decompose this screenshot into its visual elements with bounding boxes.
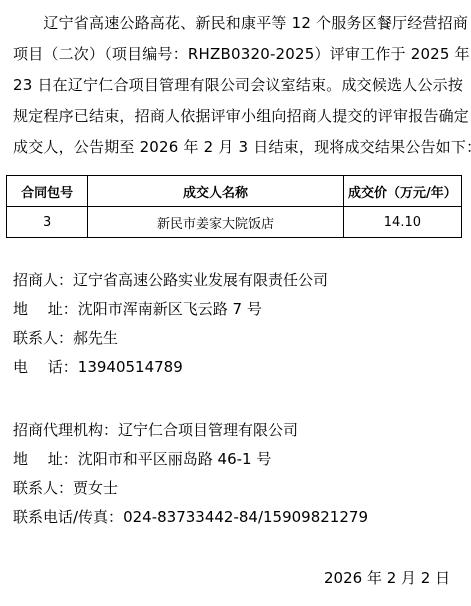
agency-address: 沈阳市和平区丽岛路 46-1 号 xyxy=(78,450,272,468)
agency-phone-row: 联系电话/传真：024-83733442-84/15909821279 xyxy=(13,503,368,532)
header-price: 成交价（万元/年） xyxy=(343,176,461,207)
tenderer-phone-row: 电 话：13940514789 xyxy=(13,353,328,382)
tenderer-contact-row: 联系人：郝先生 xyxy=(13,324,328,353)
tenderer-address-label: 地 址： xyxy=(13,300,78,318)
intro-line-2: 项目（二次）（项目编号：RHZB0320-2025）评审工作于 2025 年 1… xyxy=(13,39,463,70)
announcement-date: 2026 年 2 月 2 日 xyxy=(324,566,450,590)
agency-info: 招商代理机构：辽宁仁合项目管理有限公司 地 址：沈阳市和平区丽岛路 46-1 号… xyxy=(13,416,368,532)
table-header-row: 合同包号 成交人名称 成交价（万元/年） xyxy=(7,176,462,207)
cell-price: 14.10 xyxy=(343,207,461,238)
tenderer-name-row: 招商人：辽宁省高速公路实业发展有限责任公司 xyxy=(13,266,328,295)
agency-contact-label: 联系人： xyxy=(13,479,73,497)
agency-name: 辽宁仁合项目管理有限公司 xyxy=(118,421,298,439)
cell-winner-name: 新民市姜家大院饭店 xyxy=(88,207,344,238)
intro-line-1: 辽宁省高速公路高花、新民和康平等 12 个服务区餐厅经营招商 xyxy=(13,8,463,39)
agency-address-label: 地 址： xyxy=(13,450,78,468)
tenderer-contact-label: 联系人： xyxy=(13,329,73,347)
tenderer-address-row: 地 址：沈阳市浑南新区飞云路 7 号 xyxy=(13,295,328,324)
intro-line-3: 23 日在辽宁仁合项目管理有限公司会议室结束。成交候选人公示按 xyxy=(13,70,463,101)
tenderer-address: 沈阳市浑南新区飞云路 7 号 xyxy=(78,300,262,318)
table-row: 3 新民市姜家大院饭店 14.10 xyxy=(7,207,462,238)
tenderer-contact: 郝先生 xyxy=(73,329,118,347)
agency-contact-row: 联系人：贾女士 xyxy=(13,474,368,503)
header-package-no: 合同包号 xyxy=(7,176,88,207)
tenderer-name-label: 招商人： xyxy=(13,271,73,289)
tenderer-phone-label: 电 话： xyxy=(13,358,78,376)
tenderer-info: 招商人：辽宁省高速公路实业发展有限责任公司 地 址：沈阳市浑南新区飞云路 7 号… xyxy=(13,266,328,382)
intro-line-5: 成交人，公告期至 2026 年 2 月 3 日结束，现将成交结果公告如下： xyxy=(13,132,463,163)
tenderer-name: 辽宁省高速公路实业发展有限责任公司 xyxy=(73,271,328,289)
announcement-intro: 辽宁省高速公路高花、新民和康平等 12 个服务区餐厅经营招商 项目（二次）（项目… xyxy=(13,8,463,163)
agency-contact: 贾女士 xyxy=(73,479,118,497)
result-table: 合同包号 成交人名称 成交价（万元/年） 3 新民市姜家大院饭店 14.10 xyxy=(6,175,462,238)
tenderer-phone: 13940514789 xyxy=(78,358,183,376)
agency-phone: 024-83733442-84/15909821279 xyxy=(123,508,368,526)
agency-name-row: 招商代理机构：辽宁仁合项目管理有限公司 xyxy=(13,416,368,445)
agency-address-row: 地 址：沈阳市和平区丽岛路 46-1 号 xyxy=(13,445,368,474)
header-winner-name: 成交人名称 xyxy=(88,176,344,207)
cell-package-no: 3 xyxy=(7,207,88,238)
agency-name-label: 招商代理机构： xyxy=(13,421,118,439)
agency-phone-label: 联系电话/传真： xyxy=(13,508,123,526)
intro-line-4: 规定程序已结束，招商人依据评审小组向招商人提交的评审报告确定 xyxy=(13,101,463,132)
